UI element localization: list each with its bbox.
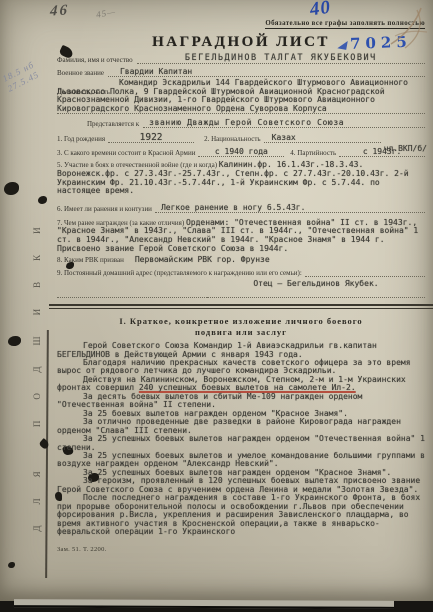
citation-paragraph: После последнего награждения в составе 1… (57, 494, 425, 536)
section-heading: I. Краткое, конкретное изложение личного… (57, 316, 425, 337)
citation-body: Герой Советского Союза Командир 1-й Авиа… (57, 342, 425, 536)
item-row-1-2: 1. Год рождения 1922 2. Национальность К… (57, 133, 425, 143)
position-value: Командир Эскадрильи 144 Гвардейского Шту… (57, 79, 425, 114)
item8-value: Первомайским РВК гор. Фрунзе (127, 255, 425, 264)
party-membership-note: чл.ВКП/б/ (384, 144, 427, 153)
numbered-items: чл.ВКП/б/ 1. Год рождения 1922 2. Национ… (57, 133, 425, 298)
nominated-row: Представляется к званию Дважды Герой Сов… (57, 118, 425, 128)
nominated-label: Представляется к (87, 120, 143, 128)
citation-paragraph: За героизм, проявленный в 120 успешных б… (57, 477, 425, 494)
item5: 5. Участие в боях в отечественной войне … (57, 161, 425, 195)
item9-dotted-left (57, 279, 207, 298)
citation-paragraph: За 25 успешных боевых вылетов и умелое к… (57, 452, 425, 469)
item1-label: 1. Год рождения (57, 135, 108, 143)
item9-dotted-filler (305, 267, 425, 277)
citation-paragraph: Благодаря наличию прекрасных качеств сов… (57, 359, 425, 376)
section-heading-line1: I. Краткое, конкретное изложение личного… (57, 316, 425, 327)
item9-value: Отец – Бегельдинов Якубек. (207, 279, 425, 298)
citation-paragraph: Действуя на Калининском, Воронежском, Ст… (57, 376, 425, 393)
name-label: Фамилия, имя и отчество (57, 56, 137, 64)
name-value: БЕГЕЛЬДИНОВ ТАЛГАТ ЯКУБЕКОВИЧ (137, 54, 425, 64)
rank-label: Военное звание (57, 69, 108, 77)
item8-label: 8. Каким РВК призван (57, 256, 127, 264)
item4-label: 4. Партийность (284, 149, 339, 157)
item6-row: 6. Имеет ли ранения и контузии Легкое ра… (57, 203, 425, 213)
item3-value: с 1940 года (198, 147, 284, 157)
name-row: Фамилия, имя и отчество БЕГЕЛЬДИНОВ ТАЛГ… (57, 54, 425, 64)
item9-row: 9. Постоянный домашний адрес (представля… (57, 267, 425, 277)
award-sheet-scan: ДЛЯ ПОДШИВКИ 46 45— 18.5 нб 27.5.45 40 О… (0, 0, 433, 612)
section-heading-line2: подвига или заслуг (57, 327, 425, 338)
item9-label: 9. Постоянный домашний адрес (представля… (57, 269, 305, 277)
nominated-value: званию Дважды Герой Советского Союза (143, 118, 425, 128)
citation-paragraph: За десять боевых вылетов и сбитый Ме-109… (57, 393, 425, 410)
citation-paragraph: За отлично проведенные две разведки в ра… (57, 418, 425, 435)
item2-label: 2. Национальность (194, 135, 264, 143)
item3-label: 3. С какого времени состоит в Красной Ар… (57, 149, 198, 157)
section-divider (49, 304, 433, 309)
paper-bottom-edge (14, 599, 394, 609)
printers-imprint: Зам. 51. Т. 2200. (57, 546, 425, 553)
rank-value: Гвардии Капитан (108, 67, 425, 77)
form-content: НАГРАДНОЙ ЛИСТ Фамилия, имя и отчество Б… (0, 0, 433, 553)
item6-value: Легкое ранение в ногу 6.5.43г. (155, 203, 425, 213)
citation-paragraph: За 25 успешных боевых вылетов награжден … (57, 435, 425, 452)
item8-row: 8. Каким РВК призван Первомайским РВК го… (57, 255, 425, 264)
item9-value-row: Отец – Бегельдинов Якубек. (57, 279, 425, 298)
item1-value: 1922 (108, 133, 194, 143)
document-title: НАГРАДНОЙ ЛИСТ (57, 34, 425, 51)
position-row: Должность, часть Командир Эскадрильи 144… (57, 79, 425, 114)
citation-paragraph: Герой Советского Союза Командир 1-й Авиа… (57, 342, 425, 359)
item-row-3-4: 3. С какого времени состоит в Красной Ар… (57, 147, 425, 157)
rank-row: Военное звание Гвардии Капитан (57, 67, 425, 77)
item7: 7. Чем ранее награжден (за какие отличия… (57, 219, 425, 253)
item2-value: Казах (264, 133, 381, 143)
item6-label: 6. Имеет ли ранения и контузии (57, 205, 155, 213)
position-label: Должность, часть (57, 88, 114, 96)
